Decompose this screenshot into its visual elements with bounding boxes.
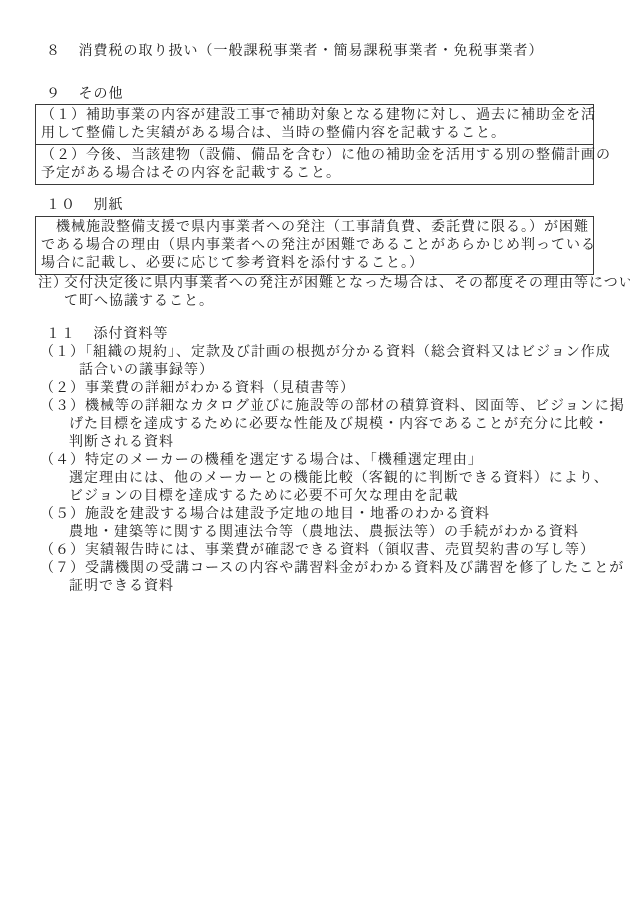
text-line: 話合いの議事録等） [79,362,630,380]
text-line: 判断される資料 [69,434,630,452]
text-line: （３）機械等の詳細なカタログ並びに施設等の部材の積算資料、図面等、ビジョンに掲 [40,398,630,416]
list-item-4: （４）特定のメーカーの機種を選定する場合は、「機種選定理由」 選定理由には、他の… [40,452,630,506]
text-line: である場合の理由（県内事業者への発注が困難であることがあらかじめ判っている [41,237,588,255]
text-line: （４）特定のメーカーの機種を選定する場合は、「機種選定理由」 [40,452,630,470]
section-10-note: 注） 交付決定後に県内事業者への発注が困難となった場合は、その都度その理由等につ… [38,275,630,311]
text-line: 証明できる資料 [69,578,630,596]
attachment-list: （１）「組織の規約」、定款及び計画の根拠が分かる資料（総会資料又はビジョン作成 … [40,344,630,596]
text-line: （２）今後、当該建物（設備、備品を含む）に他の補助金を活用する別の整備計画の [41,147,588,165]
note-body: 交付決定後に県内事業者への発注が困難となった場合は、その都度その理由等につい て… [64,275,630,311]
list-item-1: （１）「組織の規約」、定款及び計画の根拠が分かる資料（総会資料又はビジョン作成 … [40,344,630,380]
list-item-5: （５）施設を建設する場合は建設予定地の地目・地番のわかる資料 農地・建築等に関す… [40,506,630,542]
section-9-title: その他 [79,86,124,104]
list-item-7: （７）受講機関の受講コースの内容や講習料金がわかる資料及び講習を修了したことが … [40,560,630,596]
text-line: 場合に記載し、必要に応じて参考資料を添付すること。） [41,255,588,273]
text-line: て町へ協議すること。 [64,293,630,311]
text-line: ビジョンの目標を達成するために必要不可欠な理由を記載 [69,488,630,506]
text-line: （７）受講機関の受講コースの内容や講習料金がわかる資料及び講習を修了したことが [40,560,630,578]
text-line: げた目標を達成するために必要な性能及び規模・内容であることが充分に比較・ [69,416,630,434]
list-item-2: （２）事業費の詳細がわかる資料（見積書等） [40,380,630,398]
text-line: （５）施設を建設する場合は建設予定地の地目・地番のわかる資料 [40,506,630,524]
section-8-number: ８ [46,43,61,61]
text-line: （１）「組織の規約」、定款及び計画の根拠が分かる資料（総会資料又はビジョン作成 [40,344,630,362]
text-line: （２）事業費の詳細がわかる資料（見積書等） [40,380,630,398]
section-9-heading: ９ その他 [46,86,630,104]
text-line: 農地・建築等に関する関連法令等（農地法、農振法等）の手続がわかる資料 [69,524,630,542]
text-line: 用して整備した実績がある場合は、当時の整備内容を記載すること。 [41,125,588,143]
list-item-6: （６）実績報告時には、事業費が確認できる資料（領収書、売買契約書の写し等） [40,542,630,560]
section-9-number: ９ [46,86,61,104]
text-line: 選定理由には、他のメーカーとの機能比較（客観的に判断できる資料）により、 [69,470,630,488]
section-9-box-2: （２）今後、当該建物（設備、備品を含む）に他の補助金を活用する別の整備計画の 予… [35,144,594,185]
section-11-number: １１ [46,326,76,344]
text-line: 交付決定後に県内事業者への発注が困難となった場合は、その都度その理由等につい [64,275,630,293]
text-line: 機械施設整備支援で県内事業者への発注（工事請負費、委託費に限る。）が困難 [41,219,588,237]
note-label: 注） [38,275,64,293]
section-9-box-1: （１）補助事業の内容が建設工事で補助対象となる建物に対し、過去に補助金を活 用し… [35,104,594,145]
section-11-title: 添付資料等 [94,326,169,344]
section-8-title: 消費税の取り扱い（一般課税事業者・簡易課税事業者・免税事業者） [79,43,544,61]
section-8-heading: ８ 消費税の取り扱い（一般課税事業者・簡易課税事業者・免税事業者） [46,0,630,61]
section-10-number: １０ [46,197,76,215]
text-line: （１）補助事業の内容が建設工事で補助対象となる建物に対し、過去に補助金を活 [41,107,588,125]
text-line: （６）実績報告時には、事業費が確認できる資料（領収書、売買契約書の写し等） [40,542,630,560]
text-line: 予定がある場合はその内容を記載すること。 [41,165,588,183]
section-10-title: 別紙 [94,197,124,215]
section-10-box: 機械施設整備支援で県内事業者への発注（工事請負費、委託費に限る。）が困難 である… [35,216,594,275]
section-10-heading: １０ 別紙 [46,197,630,215]
section-11-heading: １１ 添付資料等 [46,326,630,344]
document-page: ８ 消費税の取り扱い（一般課税事業者・簡易課税事業者・免税事業者） ９ その他 … [0,0,630,903]
list-item-3: （３）機械等の詳細なカタログ並びに施設等の部材の積算資料、図面等、ビジョンに掲 … [40,398,630,452]
